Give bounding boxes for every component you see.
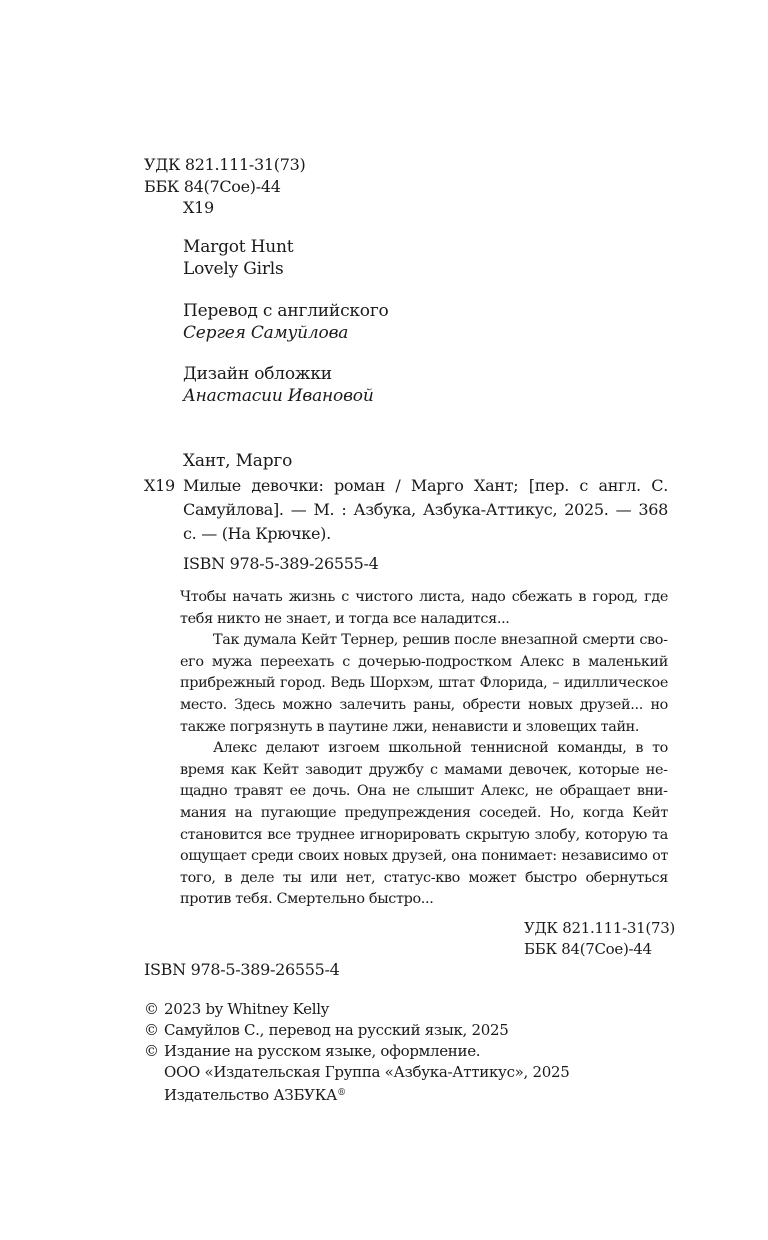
catalog-isbn: ISBN 978-5-389-26555-4 — [183, 553, 379, 575]
publisher-label: Издательство АЗБУКА — [164, 1086, 337, 1104]
original-author: Margot Hunt — [183, 236, 293, 258]
classification-block-bottom: УДК 821.111-31(73) ББК 84(7Сое)-44 — [524, 918, 675, 960]
cover-design-label: Дизайн обложки — [183, 363, 332, 385]
translation-label: Перевод с английского — [183, 300, 389, 322]
isbn: ISBN 978-5-389-26555-4 — [144, 959, 340, 981]
copyright-line: © Самуйлов С., перевод на русский язык, … — [144, 1020, 569, 1041]
annotation: Чтобы начать жизнь с чистого листа, надо… — [180, 587, 668, 911]
bbk-code: ББК 84(7Сое)-44 — [524, 939, 675, 960]
bibliographic-description: Милые девочки: роман / Марго Хант; [пер.… — [183, 474, 668, 546]
copyright-text: 2023 by Whitney Kelly — [164, 999, 329, 1020]
original-title: Lovely Girls — [183, 258, 284, 280]
author-code: Х19 — [183, 197, 214, 219]
copyright-line: © Издание на русском языке, оформление. — [144, 1041, 569, 1062]
copyright-line: ООО «Издательская Группа «Азбука-Аттикус… — [144, 1062, 569, 1083]
translator-name: Сергея Самуйлова — [183, 322, 348, 344]
copyright-text: Издание на русском языке, оформление. — [164, 1041, 480, 1062]
registered-mark-icon: ® — [337, 1088, 346, 1098]
copyright-icon: © — [144, 1020, 164, 1041]
annotation-paragraph: Алекс делают изгоем школьной теннисной к… — [180, 738, 668, 911]
annotation-paragraph: Так думала Кейт Тернер, решив после внез… — [180, 630, 668, 738]
copyright-text: Самуйлов С., перевод на русский язык, 20… — [164, 1020, 508, 1041]
classification-block-top: УДК 821.111-31(73) ББК 84(7Сое)-44 — [144, 154, 305, 198]
annotation-paragraph: Чтобы начать жизнь с чистого листа, надо… — [180, 587, 668, 630]
catalog-author-heading: Хант, Марго — [183, 450, 292, 472]
udk-code: УДК 821.111-31(73) — [144, 154, 305, 176]
udk-code: УДК 821.111-31(73) — [524, 918, 675, 939]
cover-designer-name: Анастасии Ивановой — [183, 385, 374, 407]
catalog-author-code: Х19 — [144, 474, 175, 498]
publisher-group: ООО «Издательская Группа «Азбука-Аттикус… — [164, 1062, 569, 1083]
copyright-line: © 2023 by Whitney Kelly — [144, 999, 569, 1020]
copyright-icon: © — [144, 1041, 164, 1062]
copyright-line: Издательство АЗБУКА® — [144, 1083, 569, 1106]
bbk-code: ББК 84(7Сое)-44 — [144, 176, 305, 198]
copyright-block: © 2023 by Whitney Kelly © Самуйлов С., п… — [144, 999, 569, 1106]
copyright-icon: © — [144, 999, 164, 1020]
publisher-name: Издательство АЗБУКА® — [164, 1083, 346, 1106]
